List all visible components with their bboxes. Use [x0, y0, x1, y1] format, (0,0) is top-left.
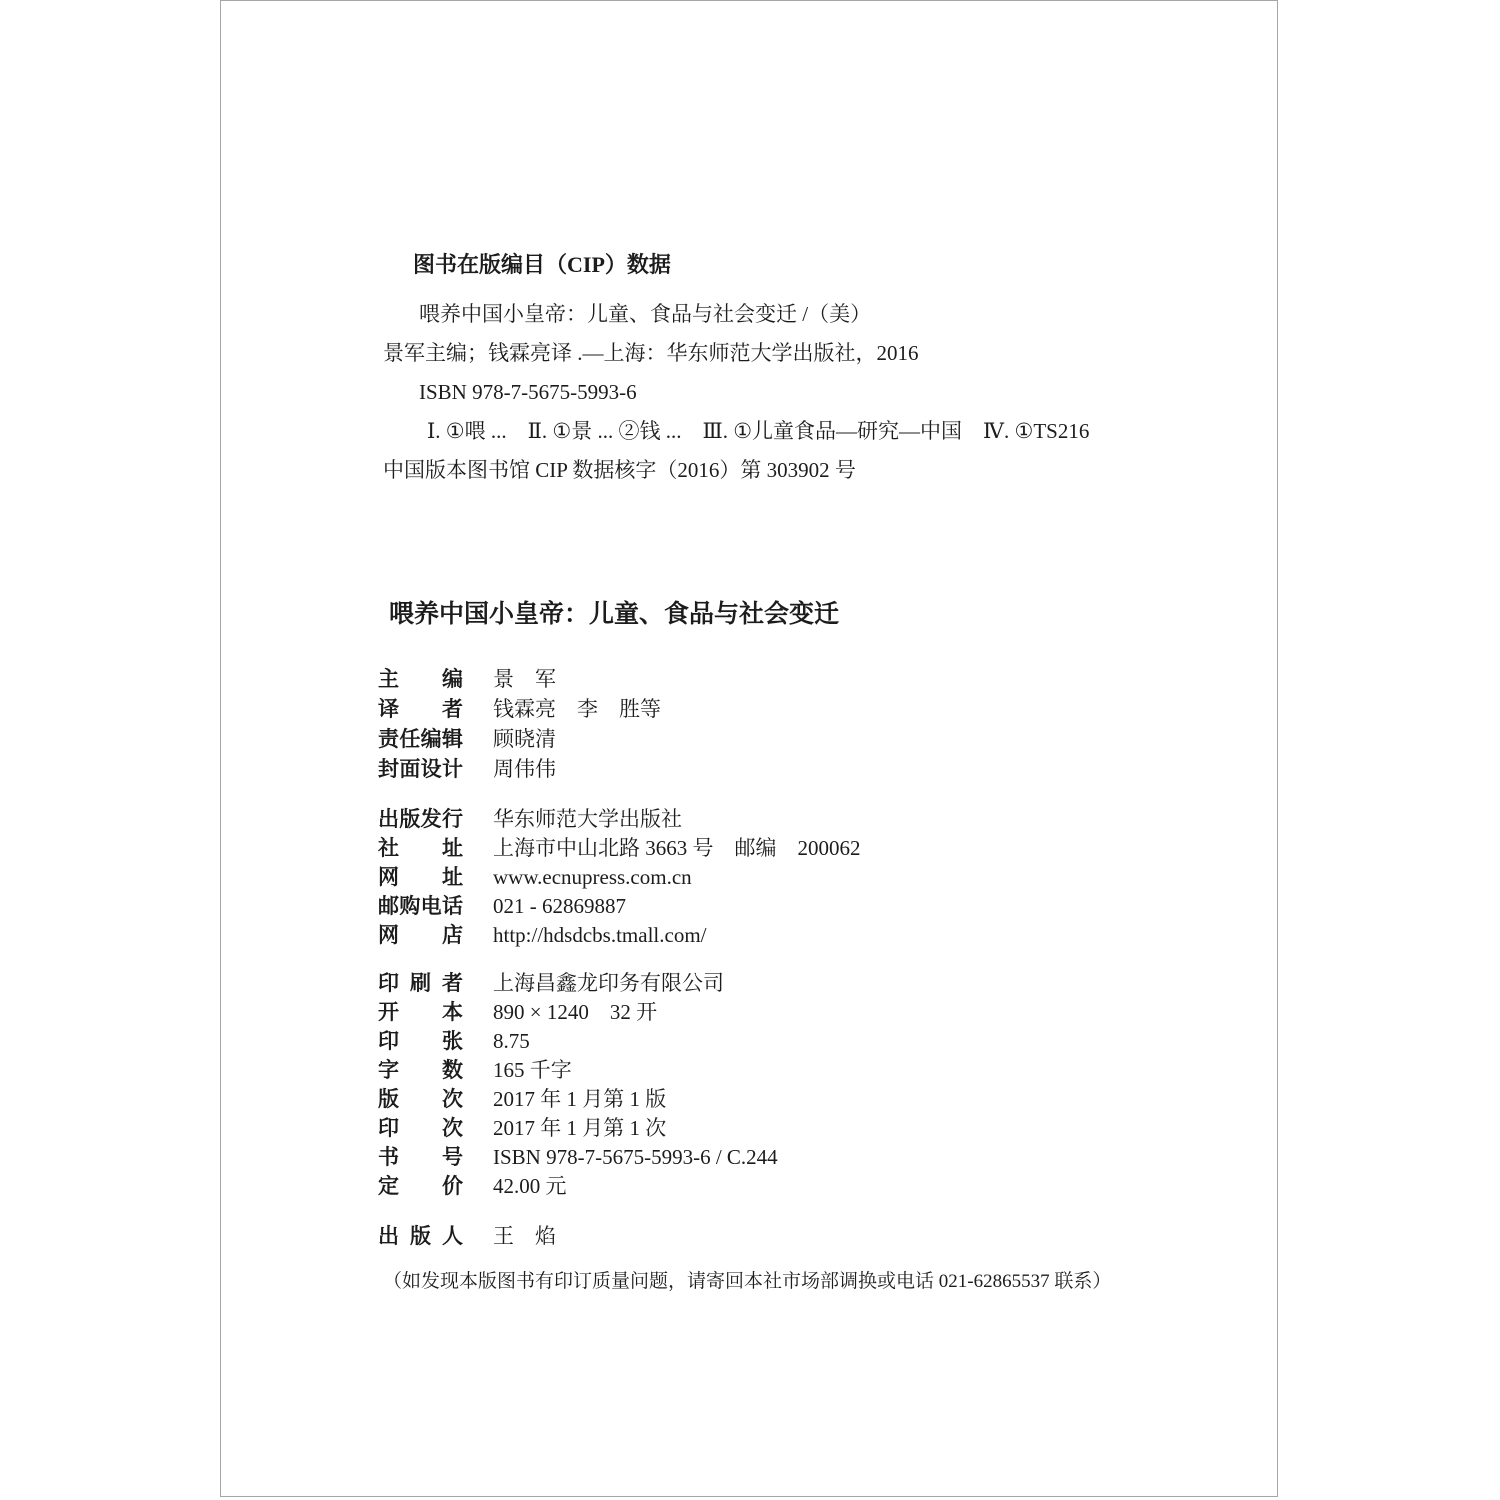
row-printing: 印 次2017 年 1 月第 1 次: [378, 1114, 1238, 1143]
row-label: 定 价: [378, 1172, 463, 1201]
row-label: 出 版 人: [378, 1222, 463, 1251]
colophon-group-editors: 主 编景 军 译 者钱霖亮 李 胜等 责任编辑顾晓清 封面设计周伟伟: [378, 664, 1238, 784]
row-label: 责任编辑: [378, 724, 463, 754]
row-value: 上海昌鑫龙印务有限公司: [493, 969, 724, 998]
row-value: 021 - 62869887: [493, 892, 626, 921]
row-label: 社 址: [378, 834, 463, 863]
row-value: 8.75: [493, 1027, 530, 1056]
row-value: 上海市中山北路 3663 号 邮编 200062: [493, 834, 861, 863]
quality-notice: （如发现本版图书有印订质量问题，请寄回本社市场部调换或电话 021-628655…: [383, 1269, 1111, 1295]
row-value: 王 焰: [493, 1222, 556, 1251]
cip-line-isbn: ISBN 978-7-5675-5993-6: [383, 373, 1143, 412]
row-price: 定 价42.00 元: [378, 1172, 1238, 1201]
colophon-group-publisher-person: 出 版 人王 焰: [378, 1222, 1238, 1251]
row-publisher-person: 出 版 人王 焰: [378, 1222, 1238, 1251]
book-title: 喂养中国小皇帝：儿童、食品与社会变迁: [389, 598, 839, 630]
row-value: www.ecnupress.com.cn: [493, 863, 692, 892]
row-value: 2017 年 1 月第 1 版: [493, 1085, 666, 1114]
row-value: 周伟伟: [493, 754, 556, 784]
row-label: 开 本: [378, 998, 463, 1027]
row-label: 印 刷 者: [378, 969, 463, 998]
row-printer: 印 刷 者上海昌鑫龙印务有限公司: [378, 969, 1238, 998]
row-address: 社 址上海市中山北路 3663 号 邮编 200062: [378, 834, 1238, 863]
cip-line-title: 喂养中国小皇帝：儿童、食品与社会变迁 /（美）: [383, 295, 1143, 334]
colophon-group-printing: 印 刷 者上海昌鑫龙印务有限公司 开 本890 × 1240 32 开 印 张8…: [378, 969, 1238, 1201]
colophon-group-publisher: 出版发行华东师范大学出版社 社 址上海市中山北路 3663 号 邮编 20006…: [378, 805, 1238, 950]
row-responsible-editor: 责任编辑顾晓清: [378, 724, 1238, 754]
row-value: 华东师范大学出版社: [493, 805, 682, 834]
row-value: 165 千字: [493, 1056, 572, 1085]
row-edition: 版 次2017 年 1 月第 1 版: [378, 1085, 1238, 1114]
row-chief-editor: 主 编景 军: [378, 664, 1238, 694]
row-word-count: 字 数165 千字: [378, 1056, 1238, 1085]
cip-line-classification: Ⅰ. ①喂 ... Ⅱ. ①景 ... ②钱 ... Ⅲ. ①儿童食品—研究—中…: [383, 412, 1143, 451]
row-label: 出版发行: [378, 805, 463, 834]
row-cover-designer: 封面设计周伟伟: [378, 754, 1238, 784]
row-value: http://hdsdcbs.tmall.com/: [493, 921, 707, 950]
cip-heading: 图书在版编目（CIP）数据: [383, 251, 1143, 279]
row-mail-order-phone: 邮购电话021 - 62869887: [378, 892, 1238, 921]
row-value: ISBN 978-7-5675-5993-6 / C.244: [493, 1143, 778, 1172]
row-label: 书 号: [378, 1143, 463, 1172]
row-publisher: 出版发行华东师范大学出版社: [378, 805, 1238, 834]
row-website: 网 址www.ecnupress.com.cn: [378, 863, 1238, 892]
row-value: 顾晓清: [493, 724, 556, 754]
row-online-store: 网 店http://hdsdcbs.tmall.com/: [378, 921, 1238, 950]
row-value: 钱霖亮 李 胜等: [493, 694, 661, 724]
row-label: 网 址: [378, 863, 463, 892]
row-label: 主 编: [378, 664, 463, 694]
screenshot-canvas: 图书在版编目（CIP）数据 喂养中国小皇帝：儿童、食品与社会变迁 /（美） 景军…: [0, 0, 1500, 1500]
row-value: 42.00 元: [493, 1172, 567, 1201]
row-translators: 译 者钱霖亮 李 胜等: [378, 694, 1238, 724]
row-label: 印 张: [378, 1027, 463, 1056]
cip-line-imprint: 景军主编；钱霖亮译 .—上海：华东师范大学出版社，2016: [383, 334, 1143, 373]
row-label: 印 次: [378, 1114, 463, 1143]
row-format: 开 本890 × 1240 32 开: [378, 998, 1238, 1027]
row-label: 邮购电话: [378, 892, 463, 921]
row-label: 网 店: [378, 921, 463, 950]
row-label: 字 数: [378, 1056, 463, 1085]
row-book-number: 书 号ISBN 978-7-5675-5993-6 / C.244: [378, 1143, 1238, 1172]
row-sheets: 印 张8.75: [378, 1027, 1238, 1056]
cip-line-registration: 中国版本图书馆 CIP 数据核字（2016）第 303902 号: [383, 451, 1143, 490]
row-label: 译 者: [378, 694, 463, 724]
row-label: 封面设计: [378, 754, 463, 784]
book-copyright-page: 图书在版编目（CIP）数据 喂养中国小皇帝：儿童、食品与社会变迁 /（美） 景军…: [220, 0, 1278, 1497]
row-value: 景 军: [493, 664, 556, 694]
cip-data-block: 图书在版编目（CIP）数据 喂养中国小皇帝：儿童、食品与社会变迁 /（美） 景军…: [383, 251, 1143, 490]
row-label: 版 次: [378, 1085, 463, 1114]
row-value: 2017 年 1 月第 1 次: [493, 1114, 666, 1143]
row-value: 890 × 1240 32 开: [493, 998, 657, 1027]
